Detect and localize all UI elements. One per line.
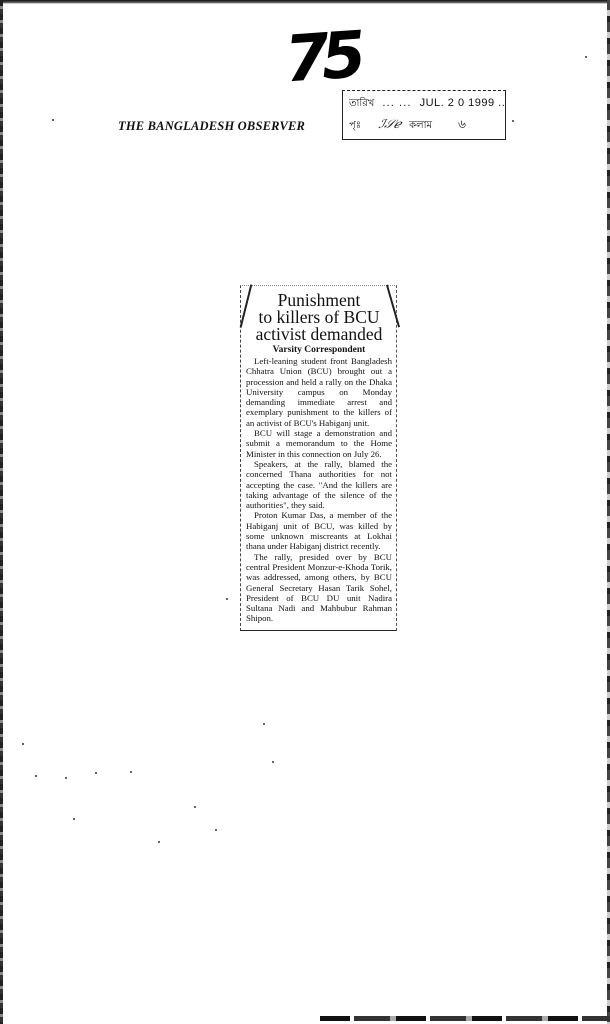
archive-stamp: তারিখ ... ... JUL. 2 0 1999 .. পৃঃ ℐ𝒮ℯ ক…: [342, 90, 506, 140]
scan-speck: [226, 598, 228, 600]
scan-speck: [95, 772, 97, 774]
headline-line: activist demanded: [256, 324, 383, 344]
scan-speck: [194, 806, 196, 808]
scanned-page: 75 THE BANGLADESH OBSERVER তারিখ ... ...…: [0, 0, 610, 1024]
stamp-date-value: JUL. 2 0 1999 ..: [420, 97, 506, 109]
article-byline: Varsity Correspondent: [246, 345, 392, 355]
handwritten-page-number: 75: [283, 24, 360, 93]
newspaper-masthead: THE BANGLADESH OBSERVER: [118, 119, 305, 134]
article-paragraph: Proton Kumar Das, a member of the Habiga…: [246, 510, 392, 551]
scan-edge-left: [0, 0, 3, 1024]
scan-speck: [263, 723, 265, 725]
scan-speck: [158, 841, 160, 843]
stamp-date-row: তারিখ ... ... JUL. 2 0 1999 ..: [349, 96, 505, 113]
masthead-text: THE BANGLADESH OBSERVER: [118, 119, 305, 133]
stamp-page-label: পৃঃ: [349, 118, 361, 135]
scan-speck: [52, 119, 54, 121]
scan-edge-bottom: [320, 1016, 610, 1021]
scan-speck: [65, 777, 67, 779]
stamp-column-value: ৬: [458, 116, 466, 136]
scan-speck: [22, 743, 24, 745]
stamp-page-row: পৃঃ ℐ𝒮ℯ কলাম ৬: [349, 116, 466, 136]
scan-speck: [73, 818, 75, 820]
article-paragraph: Speakers, at the rally, blamed the conce…: [246, 459, 392, 510]
scan-speck: [130, 771, 132, 773]
article-paragraph: BCU will stage a demonstration and submi…: [246, 428, 392, 459]
article-paragraph: The rally, presided over by BCU central …: [246, 552, 392, 624]
scan-speck: [585, 56, 587, 58]
stamp-column-label: কলাম: [409, 118, 432, 135]
scan-speck: [35, 775, 37, 777]
scan-edge-top: [0, 0, 610, 4]
article-headline: Punishment to killers of BCU activist de…: [246, 292, 392, 343]
scan-speck: [215, 829, 217, 831]
stamp-date-dots: ... ...: [382, 98, 411, 109]
scan-speck: [272, 761, 274, 763]
stamp-date-label: তারিখ: [349, 96, 374, 113]
scan-speck: [512, 120, 514, 122]
newspaper-clipping: Punishment to killers of BCU activist de…: [240, 285, 397, 631]
signature-mark: ℐ𝒮ℯ: [377, 117, 403, 132]
article-paragraph: Left-leaning student front Bangladesh Ch…: [246, 356, 392, 428]
